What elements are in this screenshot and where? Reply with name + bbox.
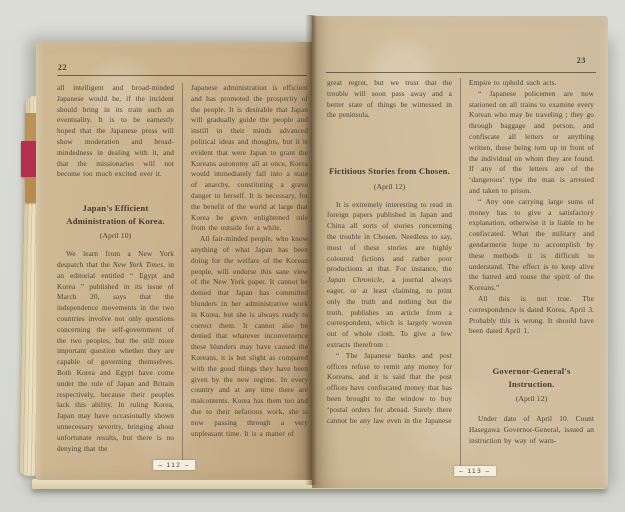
- text-segment: It is extremely interesting to read in f…: [327, 200, 452, 274]
- paragraph: Under date of April 10. Count Hasegawa G…: [469, 414, 594, 446]
- left-page-column-2: Japanese administration is efficient and…: [182, 83, 308, 469]
- paragraph: All fair-minded people, who know anythin…: [191, 234, 308, 439]
- left-page: 22 all intelligent and broad-minded Japa…: [36, 42, 312, 480]
- paragraph-quote: “ Any one carrying large sums of money h…: [469, 197, 594, 294]
- left-header-rule: [57, 75, 307, 76]
- paragraph: We learn from a New York despatch that t…: [57, 249, 174, 454]
- paragraph-quote: “ The Japanese banks and post offices re…: [327, 351, 452, 427]
- left-page-columns: all intelligent and broad-minded Japanes…: [57, 83, 308, 469]
- text-segment-italic: New York Times,: [113, 260, 165, 269]
- article-date: (April 10): [57, 230, 174, 241]
- paragraph-continued: all intelligent and broad-minded Japanes…: [57, 83, 174, 180]
- article-heading: Governor-General's Instruction.: [469, 365, 594, 390]
- article-heading: Fictitious Stories from Chosen.: [327, 165, 452, 178]
- right-page-column-2: Empire to uphold such acts. “ Japanese p…: [460, 78, 594, 470]
- left-page-number: 22: [58, 63, 67, 72]
- paragraph-continued: great regret, but we trust that the trou…: [327, 78, 452, 121]
- paragraph: It is extremely interesting to read in f…: [327, 200, 452, 351]
- paragraph-continued: Empire to uphold such acts.: [469, 78, 594, 89]
- paragraph: All this is not true. The correspondence…: [469, 294, 594, 337]
- folio-label: – 113 –: [454, 466, 496, 476]
- right-page-column-1: great regret, but we trust that the trou…: [327, 78, 452, 470]
- right-page: 23 great regret, but we trust that the t…: [312, 16, 608, 488]
- paragraph-continued: Japanese administration is efficient and…: [191, 83, 308, 234]
- article-heading: Japan's Efficient Administration of Kore…: [57, 202, 174, 227]
- folio-label: – 112 –: [153, 460, 195, 470]
- paragraph-quote: “ Japanese policemen are now stationed o…: [469, 89, 594, 197]
- right-page-columns: great regret, but we trust that the trou…: [327, 78, 595, 470]
- right-header-rule: [326, 72, 596, 73]
- right-page-number: 23: [577, 56, 586, 65]
- text-segment-italic: Japan Chronicle,: [327, 275, 384, 284]
- left-page-column-1: all intelligent and broad-minded Japanes…: [57, 83, 174, 469]
- text-segment: in an editorial entitled “ Egypt and Kor…: [57, 260, 174, 453]
- book-photo: 22 all intelligent and broad-minded Japa…: [0, 0, 625, 512]
- article-date: (April 12): [327, 181, 452, 192]
- article-date: (April 12): [469, 393, 594, 404]
- text-segment: a journal always eager, or at least clai…: [327, 275, 452, 349]
